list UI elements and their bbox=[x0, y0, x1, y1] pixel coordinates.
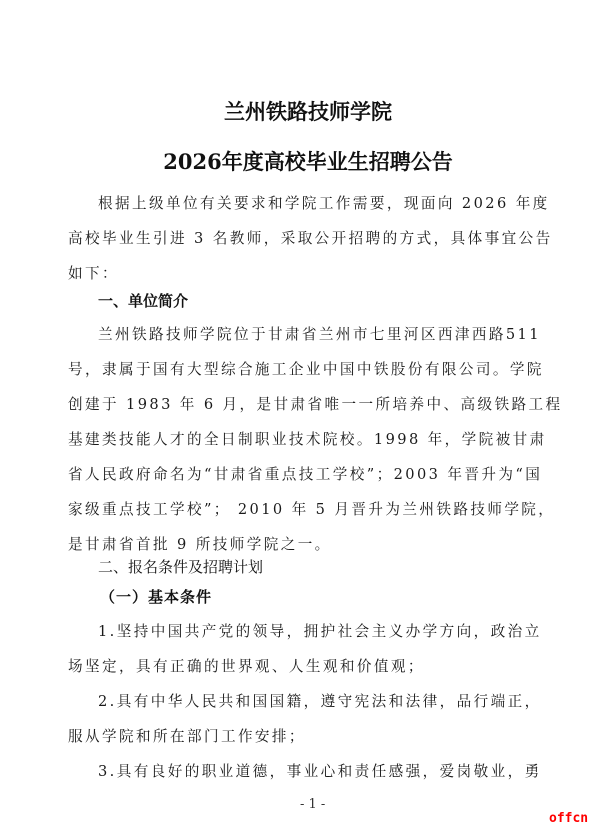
section-2-line-4: 服从学院和所在部门工作安排； bbox=[68, 725, 460, 746]
section-1-heading: 一、单位简介 bbox=[98, 290, 188, 311]
title-school-name: 兰州铁路技师学院 bbox=[0, 96, 616, 126]
section-1-line-7: 是甘肃省首批 9 所技师学院之一。 bbox=[68, 533, 460, 554]
section-1-line-5: 省人民政府命名为“甘肃省重点技工学校”；2003 年晋升为“国 bbox=[68, 463, 460, 484]
watermark-logo: offcn bbox=[549, 811, 588, 826]
title-announcement: 2026年度高校毕业生招聘公告 bbox=[0, 146, 616, 176]
page-number: - 1 - bbox=[300, 797, 325, 812]
section-2-line-2: 场坚定，具有正确的世界观、人生观和价值观； bbox=[68, 655, 460, 676]
section-2-subheading: （一）基本条件 bbox=[100, 586, 212, 607]
section-1-line-6: 家级重点技工学校”； 2010 年 5 月晋升为兰州铁路技师学院， bbox=[68, 498, 460, 519]
section-1-line-1: 兰州铁路技师学院位于甘肃省兰州市七里河区西津西路511 bbox=[98, 323, 490, 344]
intro-line-3: 如下： bbox=[68, 262, 460, 283]
section-1-line-2: 号，隶属于国有大型综合施工企业中国中铁股份有限公司。学院 bbox=[68, 358, 460, 379]
section-2-line-3: 2.具有中华人民共和国国籍，遵守宪法和法律，品行端正， bbox=[98, 690, 490, 711]
section-2-heading: 二、报名条件及招聘计划 bbox=[98, 556, 263, 577]
intro-line-2: 高校毕业生引进 3 名教师，采取公开招聘的方式，具体事宜公告 bbox=[68, 227, 460, 248]
section-2-line-1: 1.坚持中国共产党的领导，拥护社会主义办学方向，政治立 bbox=[98, 620, 490, 641]
section-1-line-3: 创建于 1983 年 6 月，是甘肃省唯一一所培养中、高级铁路工程 bbox=[68, 393, 460, 414]
document-page: 兰州铁路技师学院 2026年度高校毕业生招聘公告 根据上级单位有关要求和学院工作… bbox=[0, 0, 616, 837]
section-1-line-4: 基建类技能人才的全日制职业技术院校。1998 年，学院被甘肃 bbox=[68, 428, 460, 449]
intro-line-1: 根据上级单位有关要求和学院工作需要，现面向 2026 年度 bbox=[98, 192, 490, 213]
section-2-line-5: 3.具有良好的职业道德，事业心和责任感强，爱岗敬业，勇 bbox=[98, 760, 490, 781]
